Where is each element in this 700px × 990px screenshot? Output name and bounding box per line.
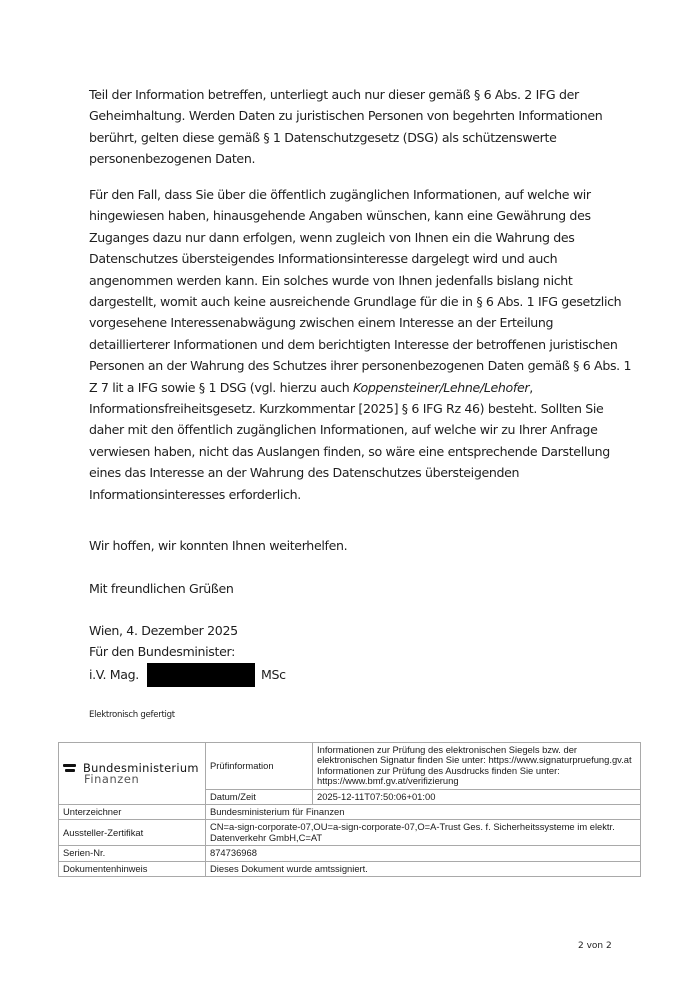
row-label: Datum/Zeit [206, 789, 313, 804]
closing-sentence: Wir hoffen, wir konnten Ihnen weiterhelf… [89, 535, 649, 556]
row-value: Informationen zur Prüfung des elektronis… [313, 743, 641, 790]
bmf-logo-mark-icon [63, 764, 76, 772]
signer-line: i.V. Mag. MSc [89, 663, 649, 687]
text-line: daher mit den öffentlich zugänglichen In… [89, 419, 649, 440]
row-value: Bundesministerium für Finanzen [206, 805, 641, 820]
text-line: vorgesehene Interessenabwägung zwischen … [89, 312, 649, 333]
table-row: Unterzeichner Bundesministerium für Fina… [59, 805, 641, 820]
place-date: Wien, 4. Dezember 2025 [89, 620, 649, 641]
text-segment: Z 7 lit a IFG sowie § 1 DSG (vgl. hierzu… [89, 380, 353, 395]
text-line-with-citation: Z 7 lit a IFG sowie § 1 DSG (vgl. hierzu… [89, 377, 649, 398]
text-line: eines das Interesse an der Wahrung des D… [89, 462, 649, 483]
ministry-logo: Bundesministerium Finanzen [63, 763, 201, 785]
signer-suffix: MSc [261, 664, 286, 685]
text-line: angenommen werden kann. Ein solches wurd… [89, 270, 649, 291]
page-number: 2 von 2 [578, 941, 612, 951]
row-label: Aussteller-Zertifikat [59, 820, 206, 846]
text-line: berührt, gelten diese gemäß § 1 Datensch… [89, 127, 649, 148]
closing-text: Wir hoffen, wir konnten Ihnen weiterhelf… [89, 535, 649, 556]
signer-prefix: i.V. Mag. [89, 664, 139, 685]
text-line: Informationsinteresses erforderlich. [89, 484, 649, 505]
logo-subtitle: Finanzen [84, 774, 201, 784]
table-row: Aussteller-Zertifikat CN=a-sign-corporat… [59, 820, 641, 846]
text-line: Für den Fall, dass Sie über die öffentli… [89, 184, 649, 205]
row-value: Dieses Dokument wurde amtssigniert. [206, 861, 641, 876]
table-row: Bundesministerium Finanzen Prüfinformati… [59, 743, 641, 790]
row-value: CN=a-sign-corporate-07,OU=a-sign-corpora… [206, 820, 641, 846]
electronic-signature-note: Elektronisch gefertigt [89, 710, 175, 720]
greeting-text: Mit freundlichen Grüßen [89, 578, 649, 599]
row-label: Unterzeichner [59, 805, 206, 820]
text-line: detaillierterer Informationen und dem be… [89, 334, 649, 355]
greeting: Mit freundlichen Grüßen [89, 578, 649, 599]
ministry-logo-cell: Bundesministerium Finanzen [59, 743, 206, 805]
document-page: Teil der Information betreffen, unterlie… [0, 0, 700, 990]
text-segment: , [529, 380, 533, 395]
row-label: Prüfinformation [206, 743, 313, 790]
paragraph-confidentiality: Teil der Information betreffen, unterlie… [89, 84, 649, 170]
text-line: Informationsfreiheitsgesetz. Kurzkomment… [89, 398, 649, 419]
text-line: dargestellt, womit auch keine ausreichen… [89, 291, 649, 312]
text-line: hingewiesen haben, hinausgehende Angaben… [89, 205, 649, 226]
text-line: Datenschutzes übersteigendes Information… [89, 248, 649, 269]
on-behalf-line: Für den Bundesminister: [89, 641, 649, 662]
signature-verification-table: Bundesministerium Finanzen Prüfinformati… [58, 742, 641, 877]
row-label: Serien-Nr. [59, 846, 206, 861]
row-value: 2025-12-11T07:50:06+01:00 [313, 789, 641, 804]
paragraph-additional-information: Für den Fall, dass Sie über die öffentli… [89, 184, 649, 505]
text-line: Zuganges dazu nur dann erfolgen, wenn zu… [89, 227, 649, 248]
text-line: verwiesen haben, nicht das Auslangen fin… [89, 441, 649, 462]
signature-date-block: Wien, 4. Dezember 2025 Für den Bundesmin… [89, 620, 649, 687]
text-line: personenbezogenen Daten. [89, 148, 649, 169]
text-line: Geheimhaltung. Werden Daten zu juristisc… [89, 105, 649, 126]
citation-authors: Koppensteiner/Lehne/Lehofer [353, 380, 529, 395]
row-label: Dokumentenhinweis [59, 861, 206, 876]
table-row: Serien-Nr. 874736968 [59, 846, 641, 861]
redacted-name [147, 663, 255, 687]
table-row: Dokumentenhinweis Dieses Dokument wurde … [59, 861, 641, 876]
text-line: Teil der Information betreffen, unterlie… [89, 84, 649, 105]
text-line: Personen an der Wahrung des Schutzes ihr… [89, 355, 649, 376]
row-value: 874736968 [206, 846, 641, 861]
